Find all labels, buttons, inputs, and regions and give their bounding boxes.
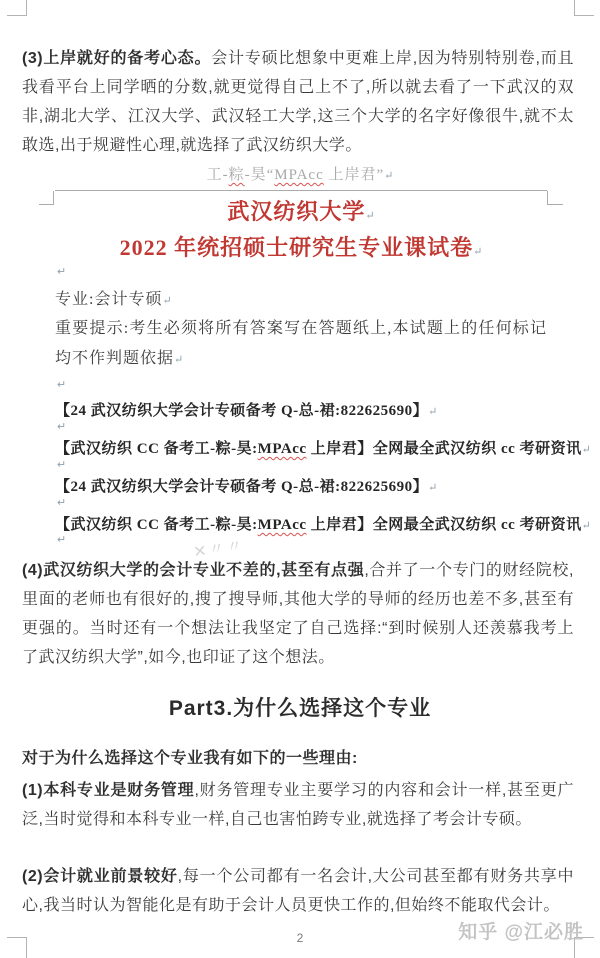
paragraph-4-lead: (4)武汉纺织大学的会计专业不差的,甚至有点强: [22, 562, 364, 579]
return-mark-icon: ↵: [57, 458, 66, 471]
margin-bracket-left-icon: [39, 191, 54, 205]
reasons-intro: 对于为什么选择这个专业我有如下的一些理由:: [22, 744, 574, 773]
word-header: 工-粽-昊“MPAcc 上岸君”↵: [0, 163, 600, 184]
reason-2: (2)会计就业前景较好,每一个公司都有一名会计,大公司甚至都有财务共享中心,我当…: [22, 862, 574, 920]
crop-mark-top-right-icon: [574, 0, 594, 16]
exam-title: 武汉纺织大学↵ 2022 年统招硕士研究生专业课试卷↵: [55, 196, 547, 268]
return-mark-icon: ↵: [57, 265, 66, 278]
document-page: (3)上岸就好的备考心态。会计专硕比想象中更难上岸,因为特别特别卷,而且我看平台…: [0, 0, 600, 958]
exam-major: 专业:会计专硕↵: [55, 286, 172, 309]
exam-major-text: 专业:会计专硕: [55, 291, 162, 308]
exam-notice: 重要提示:考生必须将所有答案写在答题纸上,本试题上的任何标记均不作判题依据↵: [55, 314, 547, 375]
paragraph-3-lead: (3)上岸就好的备考心态。: [22, 50, 211, 67]
word-header-text: -昊“: [245, 167, 275, 183]
promo-line-text: 上岸君】全网最全武汉纺织 cc 考研资讯: [307, 517, 582, 533]
return-mark-icon: ↵: [174, 354, 183, 366]
exam-title-school: 武汉纺织大学: [227, 199, 365, 224]
return-mark-icon: ↵: [57, 378, 66, 391]
return-mark-icon: ↵: [57, 496, 66, 509]
word-header-rule: [55, 190, 547, 191]
return-mark-icon: ↵: [428, 406, 437, 418]
promo-line-text: 【24 武汉纺织大学会计专硕备考 Q-总-裙:822625690】: [55, 479, 428, 495]
paragraph-3: (3)上岸就好的备考心态。会计专硕比想象中更难上岸,因为特别特别卷,而且我看平台…: [22, 44, 574, 160]
word-header-misspell-1: 粽: [229, 167, 245, 183]
word-header-text: 工-: [207, 167, 229, 183]
reason-1-lead: (1)本科专业是财务管理: [22, 782, 194, 799]
return-mark-icon: ↵: [57, 420, 66, 433]
return-mark-icon: ↵: [582, 444, 591, 456]
exam-title-line1: 武汉纺织大学↵: [55, 196, 547, 232]
paragraph-4: (4)武汉纺织大学的会计专业不差的,甚至有点强,合并了一个专门的财经院校,里面的…: [22, 556, 574, 672]
return-mark-icon: ↵: [582, 520, 591, 532]
promo-line-text: 【武汉纺织 CC 备考工-粽-昊:: [55, 517, 258, 533]
promo-line-text: 【24 武汉纺织大学会计专硕备考 Q-总-裙:822625690】: [55, 403, 428, 419]
exam-title-year: 2022 年统招硕士研究生专业课试卷: [120, 235, 474, 260]
return-mark-icon: ↵: [473, 246, 482, 258]
page-number: 2: [0, 931, 600, 945]
return-mark-icon: ↵: [428, 482, 437, 494]
promo-line-3: 【24 武汉纺织大学会计专硕备考 Q-总-裙:822625690】↵: [55, 475, 437, 496]
word-header-text: 上岸君”: [324, 167, 384, 183]
return-mark-icon: ↵: [365, 210, 374, 222]
exam-title-line2: 2022 年统招硕士研究生专业课试卷↵: [55, 232, 547, 268]
reason-2-lead: (2)会计就业前景较好: [22, 868, 178, 885]
section-heading-part3: Part3.为什么选择这个专业: [0, 692, 600, 722]
promo-line-1: 【24 武汉纺织大学会计专硕备考 Q-总-裙:822625690】↵: [55, 399, 437, 420]
return-mark-icon: ↵: [384, 170, 393, 182]
return-mark-icon: ↵: [57, 533, 66, 546]
promo-line-misspell: MPAcc: [258, 441, 307, 457]
exam-notice-text: 重要提示:考生必须将所有答案写在答题纸上,本试题上的任何标记均不作判题依据: [55, 320, 547, 367]
crop-mark-top-left-icon: [7, 0, 27, 16]
promo-line-2: 【武汉纺织 CC 备考工-粽-昊:MPAcc 上岸君】全网最全武汉纺织 cc 考…: [55, 437, 591, 458]
word-header-misspell-2: MPAcc: [274, 167, 323, 183]
return-mark-icon: ↵: [162, 295, 171, 307]
promo-line-4: 【武汉纺织 CC 备考工-粽-昊:MPAcc 上岸君】全网最全武汉纺织 cc 考…: [55, 513, 591, 534]
promo-line-misspell: MPAcc: [258, 517, 307, 533]
reason-1: (1)本科专业是财务管理,财务管理专业主要学习的内容和会计一样,甚至更广泛,当时…: [22, 776, 574, 834]
promo-line-text: 【武汉纺织 CC 备考工-粽-昊:: [55, 441, 258, 457]
margin-bracket-right-icon: [547, 191, 563, 205]
promo-line-text: 上岸君】全网最全武汉纺织 cc 考研资讯: [307, 441, 582, 457]
